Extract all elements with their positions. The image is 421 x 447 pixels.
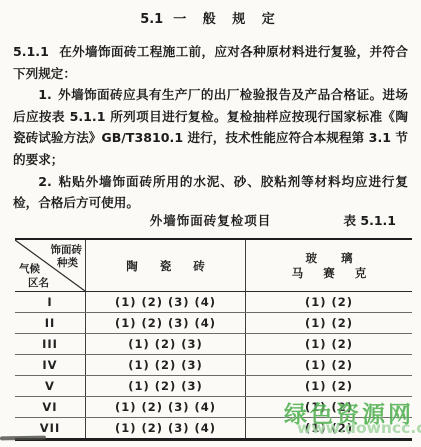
- ceramic-cell: (1) (2) (3): [86, 376, 246, 397]
- zone-cell: IV: [15, 355, 86, 376]
- mosaic-cell: (1) (2): [246, 376, 413, 397]
- ceramic-cell: (1) (2) (3) (4): [86, 292, 246, 313]
- zone-cell: III: [15, 334, 86, 355]
- item-2-number: 2.: [38, 174, 52, 189]
- table-row: IV (1) (2) (3) (1) (2): [15, 355, 412, 376]
- table-row: VII (1) (2) (3) (4) (1) (2): [15, 418, 412, 440]
- list-item-1: 1.外墙饰面砖应具有生产厂的出厂检验报告及产品合格证。进场后应按表 5.1.1 …: [13, 84, 408, 170]
- table-row: VI (1) (2) (3) (4) (1) (2): [15, 397, 412, 418]
- header-glass-mosaic: 玻 璃 马 赛 克: [246, 239, 413, 292]
- clause-text: 在外墙饰面砖工程施工前，应对各种原材料进行复验，并符合下列规定：: [13, 44, 408, 81]
- item-2-text: 粘贴外墙饰面砖所用的水泥、砂、胶粘剂等材料均应进行复检，合格后方可使用。: [13, 174, 408, 211]
- item-1-text: 外墙饰面砖应具有生产厂的出厂检验报告及产品合格证。进场后应按表 5.1.1 所列…: [13, 87, 408, 167]
- list-item-2: 2.粘贴外墙饰面砖所用的水泥、砂、胶粘剂等材料均应进行复检，合格后方可使用。: [13, 171, 408, 214]
- scan-artifact: [0, 436, 46, 441]
- table-row: III (1) (2) (3) (1) (2): [15, 334, 412, 355]
- ceramic-cell: (1) (2) (3): [86, 355, 246, 376]
- clause-number: 5.1.1: [13, 44, 49, 59]
- mosaic-cell: (1) (2): [246, 397, 413, 418]
- clause-5-1-1: 5.1.1在外墙饰面砖工程施工前，应对各种原材料进行复验，并符合下列规定：: [13, 41, 408, 84]
- table-caption-row: 外墙饰面砖复检项目 表 5.1.1: [13, 211, 408, 229]
- inspection-items-table: 饰面砖 种类 气候 区名 陶 瓷 砖 玻 璃 马 赛 克 I (1) (2) (…: [15, 238, 412, 441]
- table-label: 表 5.1.1: [344, 211, 396, 229]
- mosaic-cell: (1) (2): [246, 334, 413, 355]
- zone-cell: II: [15, 313, 86, 334]
- header-glass-mosaic-line1: 玻 璃: [246, 251, 412, 266]
- header-ceramic-tile: 陶 瓷 砖: [86, 239, 246, 292]
- section-title-text: 一 般 规 定: [173, 12, 281, 27]
- item-1-number: 1.: [38, 87, 52, 102]
- header-tile-type-line2: 种类: [57, 255, 78, 270]
- header-climate-zone-line1: 气候: [19, 261, 40, 276]
- header-climate-zone-line2: 区名: [28, 275, 49, 290]
- header-glass-mosaic-line2: 马 赛 克: [246, 266, 412, 281]
- mosaic-cell: (1) (2): [246, 292, 413, 313]
- table-row: II (1) (2) (3) (4) (1) (2): [15, 313, 412, 334]
- section-number: 5.1: [140, 12, 163, 27]
- mosaic-cell: (1) (2): [246, 418, 413, 440]
- table-row: I (1) (2) (3) (4) (1) (2): [15, 292, 412, 313]
- ceramic-cell: (1) (2) (3): [86, 334, 246, 355]
- zone-cell: VI: [15, 397, 86, 418]
- table-row: V (1) (2) (3) (1) (2): [15, 376, 412, 397]
- zone-cell: I: [15, 292, 86, 313]
- diagonal-header-cell: 饰面砖 种类 气候 区名: [15, 239, 86, 292]
- ceramic-cell: (1) (2) (3) (4): [86, 313, 246, 334]
- ceramic-cell: (1) (2) (3) (4): [86, 397, 246, 418]
- document-page: 5.1一 般 规 定 5.1.1在外墙饰面砖工程施工前，应对各种原材料进行复验，…: [0, 0, 421, 447]
- table-header-row: 饰面砖 种类 气候 区名 陶 瓷 砖 玻 璃 马 赛 克: [15, 239, 412, 292]
- zone-cell: V: [15, 376, 86, 397]
- ceramic-cell: (1) (2) (3) (4): [86, 418, 246, 440]
- diagonal-split: 饰面砖 种类 气候 区名: [15, 240, 85, 291]
- section-heading: 5.1一 般 规 定: [0, 8, 421, 27]
- body-text-block: 5.1.1在外墙饰面砖工程施工前，应对各种原材料进行复验，并符合下列规定： 1.…: [13, 41, 408, 214]
- mosaic-cell: (1) (2): [246, 313, 413, 334]
- mosaic-cell: (1) (2): [246, 355, 413, 376]
